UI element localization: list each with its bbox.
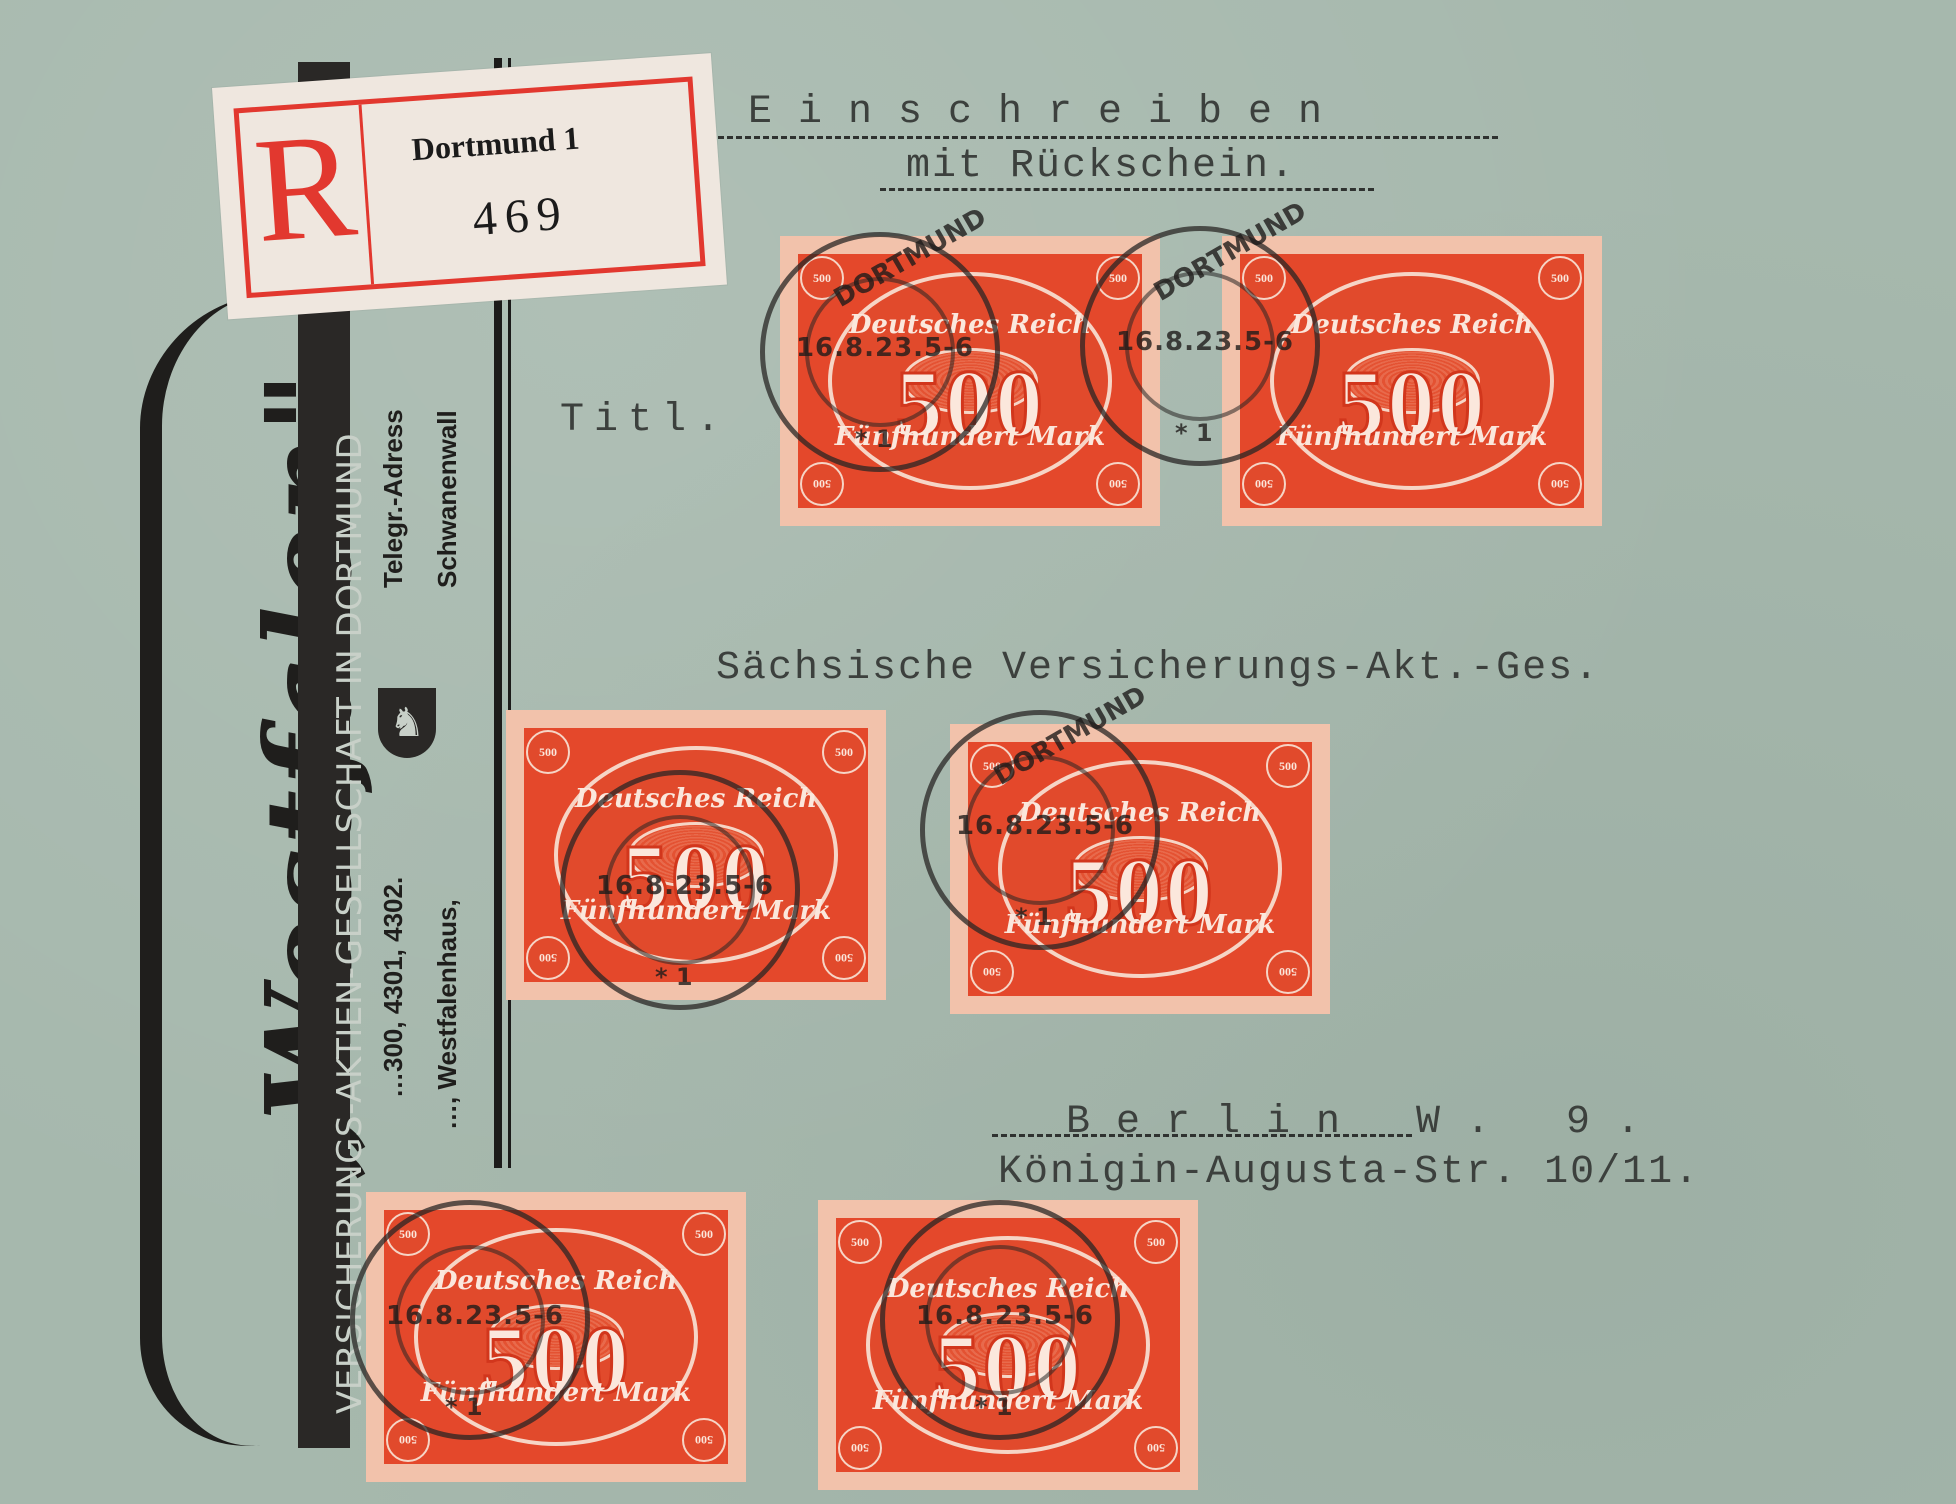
stamp-denomination-text: Fünfhundert Mark [1274,422,1550,452]
stamp-corner-value: 500 [526,936,570,980]
stamp-corner-value: 500 [1134,1220,1178,1264]
stamp-corner-value: 500 [838,1220,882,1264]
stamp-corner-value: 500 [1266,950,1310,994]
horse-crest-icon: ♞ [378,688,436,758]
postmark-office: * 1 [1015,903,1053,931]
postmark-cancellation: DORTMUND16.8.23.5-6* 1 [1080,226,1320,466]
stamp-corner-value: 500 [822,936,866,980]
stamp-corner-value: 500 [1266,744,1310,788]
postmark-cancellation: DORTMUND16.8.23.5-6* 1 [760,232,1000,472]
sender-street: Schwanenwall [432,410,463,588]
registration-number: 469 [471,185,571,247]
postmark-cancellation: DORTMUND16.8.23.5-6* 1 [920,710,1160,950]
postmark-date: 16.8.23.5-6 [375,1301,575,1331]
stamp-corner-value: 500 [800,462,844,506]
recipient-salutation: Titl. [560,398,730,443]
sender-building: …, Westfalenhaus, [432,899,463,1130]
postmark-office: * 1 [975,1393,1013,1421]
postmark-office: * 1 [655,963,693,991]
stamp-corner-value: 500 [682,1418,726,1462]
postmark-office: * 1 [855,425,893,453]
postmark-date: 16.8.23.5-6 [785,333,985,363]
postmark-date: 16.8.23.5-6 [905,1301,1105,1331]
postmark-date: 16.8.23.5-6 [945,811,1145,841]
recipient-street: Königin-Augusta-Str. 10/11. [998,1150,1700,1195]
stamp-corner-value: 500 [682,1212,726,1256]
registration-letter: R [247,109,363,266]
postmark-office: * 1 [1175,419,1213,447]
service-line-1: Einschreiben [748,90,1348,135]
stamp-corner-value: 500 [1096,462,1140,506]
underline-city [992,1134,1412,1137]
stamp-corner-value: 500 [1538,256,1582,300]
underline-1 [718,136,1498,139]
stamp-corner-value: 500 [970,950,1014,994]
registration-frame: R Dortmund 1 469 [233,76,705,298]
stamp-corner-value: 500 [1538,462,1582,506]
postmark-cancellation: 16.8.23.5-6* 1 [880,1200,1120,1440]
stamp-corner-value: 500 [1134,1426,1178,1470]
underline-2 [880,188,1374,191]
postmark-date: 16.8.23.5-6 [1105,327,1305,357]
envelope: „Westfalen" VERSICHERUNGS-AKTIEN-GESELLS… [0,0,1956,1504]
postmark-cancellation: 16.8.23.5-6* 1 [560,770,800,1010]
stamp-corner-value: 500 [1242,462,1286,506]
registration-label: R Dortmund 1 469 [212,53,727,319]
registration-office: Dortmund 1 [411,120,581,169]
postmark-date: 16.8.23.5-6 [585,871,785,901]
postmark-cancellation: 16.8.23.5-6* 1 [350,1200,590,1440]
sender-telegram: Telegr.-Adress [378,409,409,588]
recipient-company: Sächsische Versicherungs-Akt.-Ges. [716,646,1600,691]
postmark-office: * 1 [445,1393,483,1421]
stamp-corner-value: 500 [526,730,570,774]
sender-phone: …300, 4301, 4302. [378,877,409,1098]
service-line-2: mit Rückschein. [906,144,1296,189]
stamp-corner-value: 500 [838,1426,882,1470]
recipient-city: Berlin W. 9. [1066,1100,1666,1145]
stamp-corner-value: 500 [822,730,866,774]
